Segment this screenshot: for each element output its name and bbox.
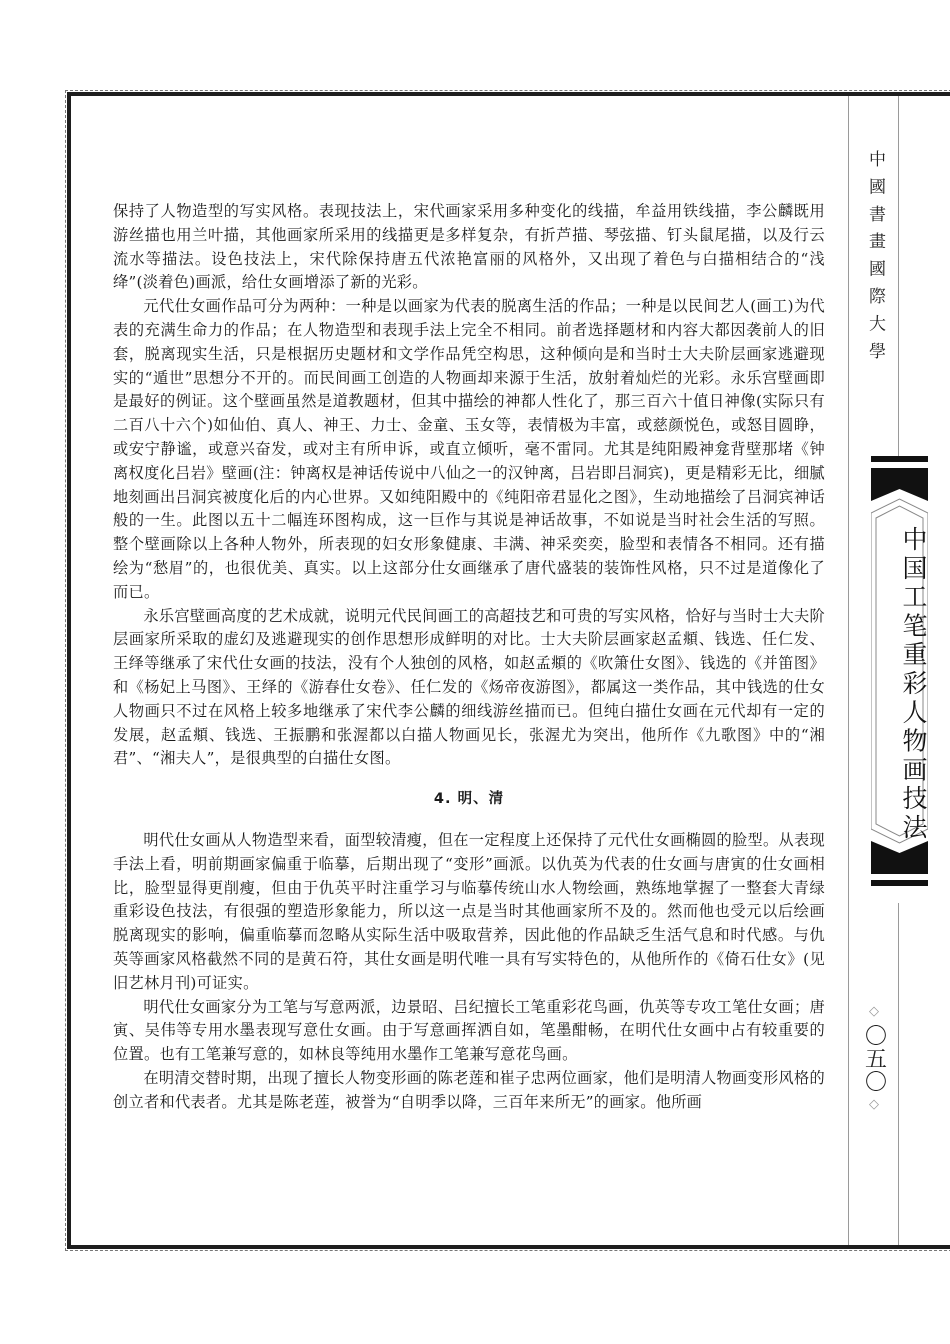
- diamond-ornament-icon: ◇: [860, 1097, 888, 1113]
- book-title-banner: 中国工笔重彩人物画技法: [871, 456, 928, 886]
- sidebar-rule-left: [848, 96, 849, 1245]
- diamond-ornament-icon: ◇: [860, 1004, 888, 1020]
- paragraph: 元代仕女画作品可分为两种：一种是以画家为代表的脱离生活的作品；一种是以民间艺人(…: [113, 295, 825, 604]
- university-name: 中國書畫國際大學: [860, 150, 888, 369]
- paragraph: 保持了人物造型的写实风格。表现技法上，宋代画家采用多种变化的线描，牟益用铁线描，…: [113, 200, 825, 295]
- book-title: 中国工笔重彩人物画技法: [871, 526, 928, 843]
- paragraph: 在明清交替时期，出现了擅长人物变形画的陈老莲和崔子忠两位画家，他们是明清人物画变…: [113, 1067, 825, 1115]
- paragraph: 永乐宫壁画高度的艺术成就，说明元代民间画工的高超技艺和可贵的写实风格，恰好与当时…: [113, 605, 825, 772]
- paragraph: 明代仕女画从人物造型来看，面型较清瘦，但在一定程度上还保持了元代仕女画椭圆的脸型…: [113, 829, 825, 996]
- paragraph: 明代仕女画家分为工笔与写意两派，边景昭、吕纪擅长工笔重彩花鸟画，仇英等专攻工笔仕…: [113, 996, 825, 1067]
- page-number: ◇ 〇五〇 ◇: [860, 1004, 888, 1113]
- sidebar-rule-right-top: [898, 96, 899, 456]
- body-text: 保持了人物造型的写实风格。表现技法上，宋代画家采用多种变化的线描，牟益用铁线描，…: [113, 200, 825, 1114]
- sidebar-rule-right-bottom: [898, 903, 899, 1245]
- page-number-digits: 〇五〇: [862, 1024, 887, 1093]
- section-heading: 4. 明、清: [113, 788, 825, 812]
